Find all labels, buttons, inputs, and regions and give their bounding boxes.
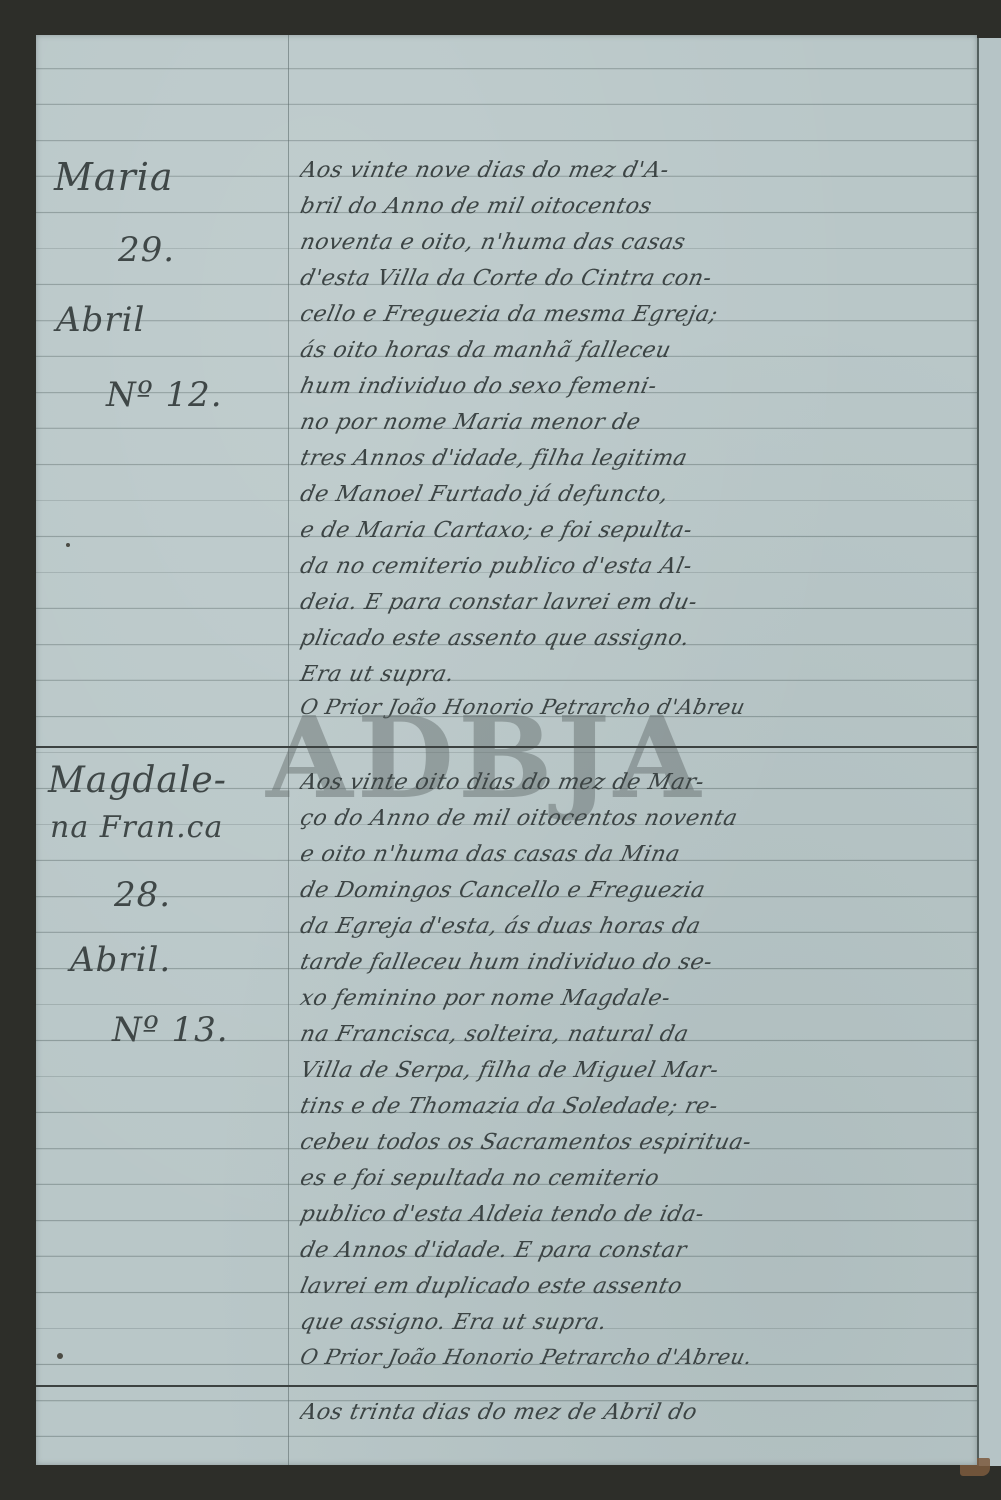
entry-2-line: xo feminino por nome Magdale- xyxy=(298,986,973,1011)
entry-2-name-line1: Magdale- xyxy=(48,760,227,801)
entry-2-line: e oito n'huma das casas da Mina xyxy=(298,842,973,867)
entry-2-month: Abril. xyxy=(70,940,171,980)
entry-1-line: da no cemiterio publico d'esta Al- xyxy=(298,554,973,579)
entry-1-line: no por nome Maria menor de xyxy=(298,410,973,435)
entry-1-month: Abril xyxy=(56,300,145,340)
entry-1-line: bril do Anno de mil oitocentos xyxy=(298,194,973,219)
entry-2-name-line2: na Fran.ca xyxy=(50,810,223,845)
entry-2-line: es e foi sepultada no cemiterio xyxy=(298,1166,973,1191)
ledger-page: Maria 29. Abril Nº 12. Aos vinte nove di… xyxy=(36,35,977,1465)
entry-2-line: tarde falleceu hum individuo do se- xyxy=(298,950,973,975)
entry-1-line: de Manoel Furtado já defuncto, xyxy=(298,482,973,507)
entry-1-line: Aos vinte nove dias do mez d'A- xyxy=(298,158,973,183)
entry-2-line: cebeu todos os Sacramentos espiritua- xyxy=(298,1130,973,1155)
entry-1-line: tres Annos d'idade, filha legitima xyxy=(298,446,973,471)
entry-divider xyxy=(36,1385,977,1387)
entry-2-signature: O Prior João Honorio Petrarcho d'Abreu. xyxy=(298,1345,973,1369)
ink-speck xyxy=(57,1353,63,1359)
entry-2-day: 28. xyxy=(114,875,171,915)
entry-1-line: Era ut supra. xyxy=(298,662,973,687)
entry-1-line: ás oito horas da manhã falleceu xyxy=(298,338,973,363)
entry-2-line: Villa de Serpa, filha de Miguel Mar- xyxy=(298,1058,973,1083)
entry-1-signature: O Prior João Honorio Petrarcho d'Abreu xyxy=(298,695,973,719)
entry-divider xyxy=(36,746,977,748)
continuation-line: Aos trinta dias do mez de Abril do xyxy=(298,1400,973,1425)
entry-1-line: hum individuo do sexo femeni- xyxy=(298,374,973,399)
entry-1-line: cello e Freguezia da mesma Egreja; xyxy=(298,302,973,327)
entry-1-name: Maria xyxy=(54,155,174,199)
entry-2-line: de Annos d'idade. E para constar xyxy=(298,1238,973,1263)
ink-speck xyxy=(66,543,70,547)
entry-2-line: na Francisca, solteira, natural da xyxy=(298,1022,973,1047)
entry-1-line: deia. E para constar lavrei em du- xyxy=(298,590,973,615)
adjacent-page-edge xyxy=(977,38,1001,1466)
margin-rule xyxy=(288,35,289,1465)
entry-2-line: publico d'esta Aldeia tendo de ida- xyxy=(298,1202,973,1227)
entry-1-day: 29. xyxy=(118,230,175,270)
entry-2-line: lavrei em duplicado este assento xyxy=(298,1274,973,1299)
entry-1-line: e de Maria Cartaxo; e foi sepulta- xyxy=(298,518,973,543)
entry-2-line: tins e de Thomazia da Soledade; re- xyxy=(298,1094,973,1119)
entry-1-line: noventa e oito, n'huma das casas xyxy=(298,230,973,255)
entry-2-number: Nº 13. xyxy=(112,1010,229,1050)
entry-2-line: ço do Anno de mil oitocentos noventa xyxy=(298,806,973,831)
entry-2-line: que assigno. Era ut supra. xyxy=(298,1310,973,1335)
entry-1-line: d'esta Villa da Corte do Cintra con- xyxy=(298,266,973,291)
entry-1-line: plicado este assento que assigno. xyxy=(298,626,973,651)
entry-1-number: Nº 12. xyxy=(106,375,223,415)
entry-2-line: de Domingos Cancello e Freguezia xyxy=(298,878,973,903)
entry-2-line: Aos vinte oito dias do mez de Mar- xyxy=(298,770,973,795)
entry-2-line: da Egreja d'esta, ás duas horas da xyxy=(298,914,973,939)
